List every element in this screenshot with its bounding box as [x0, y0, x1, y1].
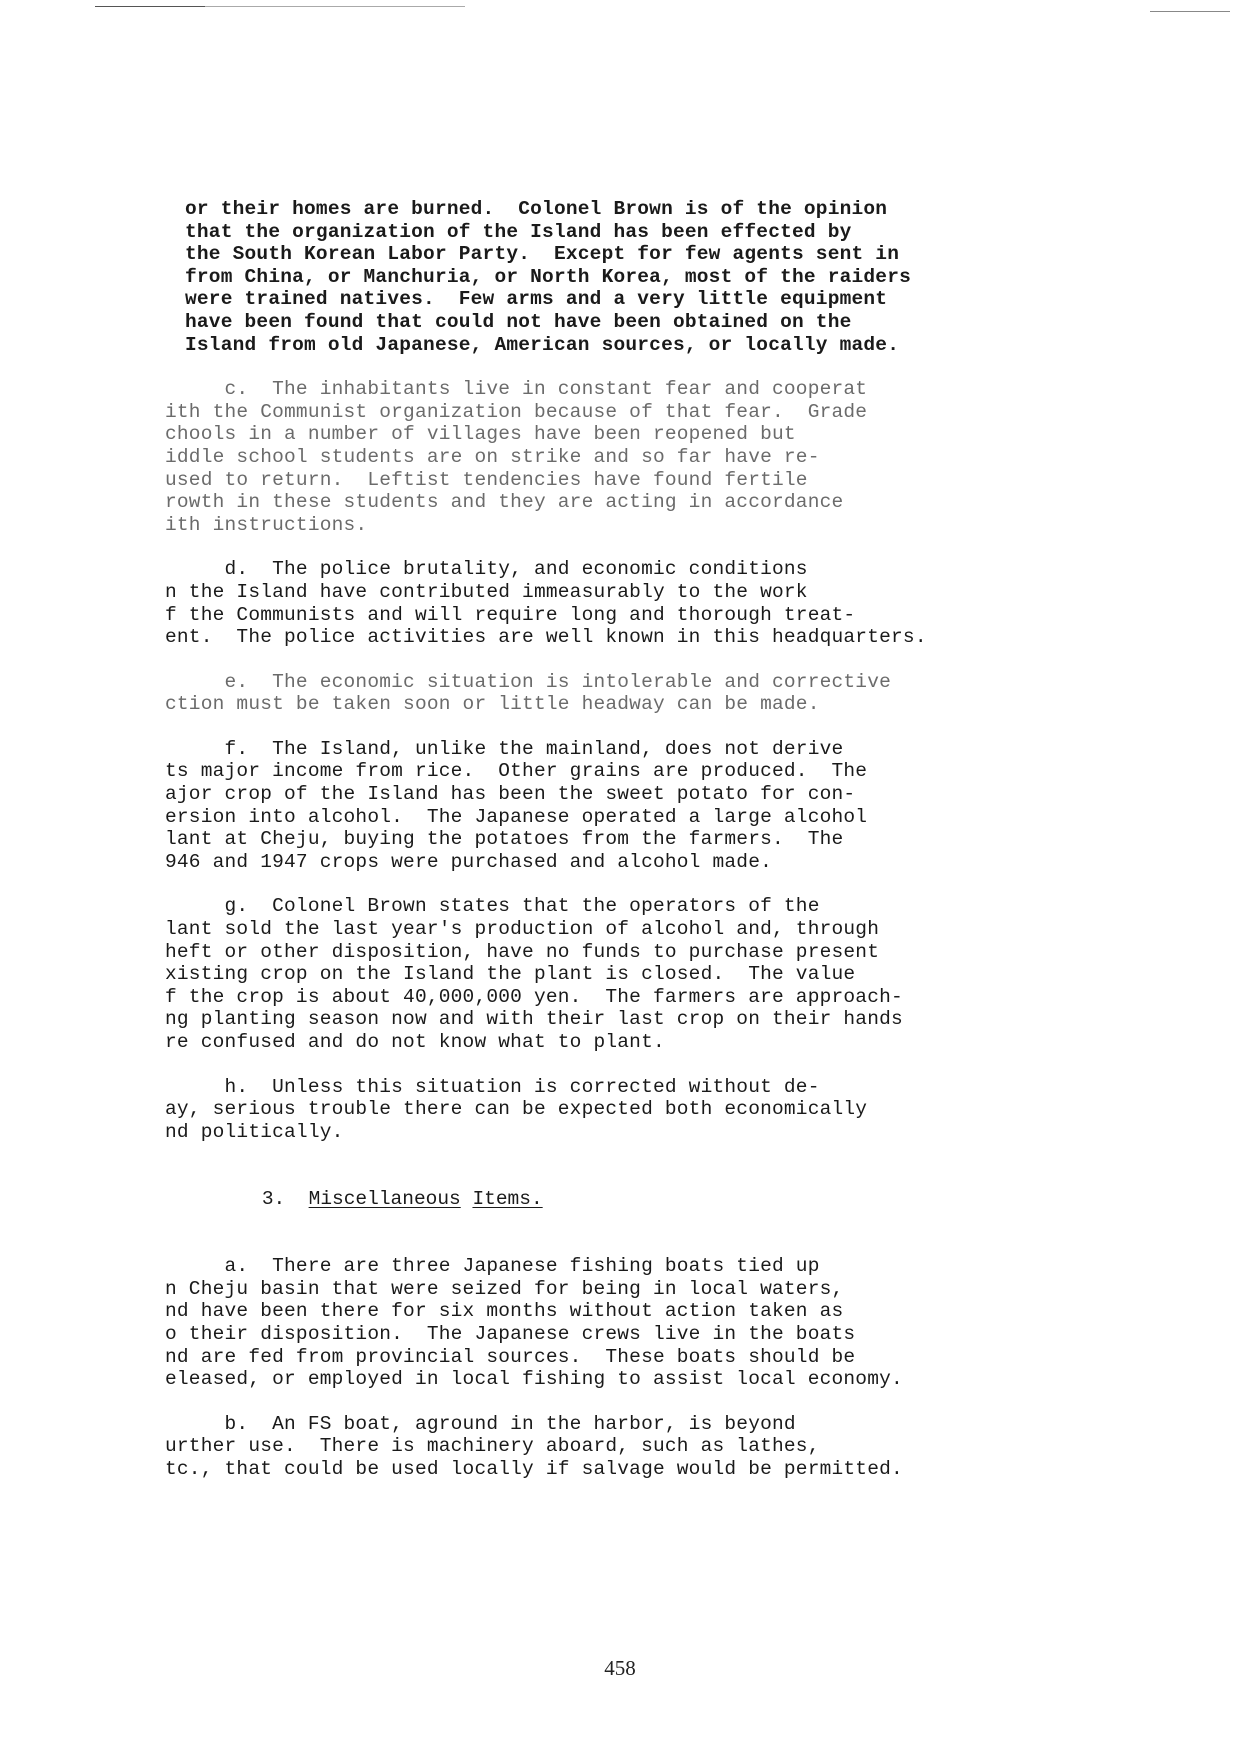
text-line: nd are fed from provincial sources. Thes… [165, 1346, 1125, 1369]
section-title-part1: Miscellaneous [309, 1188, 461, 1210]
text-line: g. Colonel Brown states that the operato… [165, 895, 1125, 918]
scan-artifact-top-right-rule [1150, 11, 1230, 12]
text-line: tc., that could be used locally if salva… [165, 1458, 1125, 1481]
scan-artifact-top-left-rule [95, 6, 205, 7]
section-heading: 3. Miscellaneous Items. [215, 1165, 1125, 1233]
text-line: eleased, or employed in local fishing to… [165, 1368, 1125, 1391]
paragraph-h: h. Unless this situation is corrected wi… [165, 1076, 1125, 1144]
document-body: or their homes are burned. Colonel Brown… [185, 198, 1125, 1503]
text-line: the South Korean Labor Party. Except for… [185, 243, 1125, 266]
text-line: ersion into alcohol. The Japanese operat… [165, 806, 1125, 829]
page-number: 458 [0, 1656, 1240, 1681]
text-line: 946 and 1947 crops were purchased and al… [165, 851, 1125, 874]
text-line: ay, serious trouble there can be expecte… [165, 1098, 1125, 1121]
text-line: xisting crop on the Island the plant is … [165, 963, 1125, 986]
text-line: from China, or Manchuria, or North Korea… [185, 266, 1125, 289]
text-line: f. The Island, unlike the mainland, does… [165, 738, 1125, 761]
scan-artifact-top-rule [205, 6, 465, 7]
text-line: chools in a number of villages have been… [165, 423, 1125, 446]
text-line: h. Unless this situation is corrected wi… [165, 1076, 1125, 1099]
text-line: d. The police brutality, and economic co… [165, 558, 1125, 581]
text-line: ith instructions. [165, 514, 1125, 537]
text-line: e. The economic situation is intolerable… [165, 671, 1125, 694]
paragraph-continuation: or their homes are burned. Colonel Brown… [185, 198, 1125, 356]
text-line: n the Island have contributed immeasurab… [165, 581, 1125, 604]
text-line: ng planting season now and with their la… [165, 1008, 1125, 1031]
text-line: heft or other disposition, have no funds… [165, 941, 1125, 964]
text-line: o their disposition. The Japanese crews … [165, 1323, 1125, 1346]
text-line: iddle school students are on strike and … [165, 446, 1125, 469]
paragraph-d: d. The police brutality, and economic co… [165, 558, 1125, 648]
text-line: ction must be taken soon or little headw… [165, 693, 1125, 716]
text-line: nd politically. [165, 1121, 1125, 1144]
text-line: b. An FS boat, aground in the harbor, is… [165, 1413, 1125, 1436]
text-line: f the crop is about 40,000,000 yen. The … [165, 986, 1125, 1009]
text-line: ent. The police activities are well know… [165, 626, 1125, 649]
text-line: ts major income from rice. Other grains … [165, 760, 1125, 783]
text-line: c. The inhabitants live in constant fear… [165, 378, 1125, 401]
text-line: were trained natives. Few arms and a ver… [185, 288, 1125, 311]
text-line: have been found that could not have been… [185, 311, 1125, 334]
text-line: urther use. There is machinery aboard, s… [165, 1435, 1125, 1458]
text-line: or their homes are burned. Colonel Brown… [185, 198, 1125, 221]
text-line: n Cheju basin that were seized for being… [165, 1278, 1125, 1301]
text-line: that the organization of the Island has … [185, 221, 1125, 244]
text-line: Island from old Japanese, American sourc… [185, 334, 1125, 357]
paragraph-misc-b: b. An FS boat, aground in the harbor, is… [165, 1413, 1125, 1481]
paragraph-e: e. The economic situation is intolerable… [165, 671, 1125, 716]
section-title-part2: Items. [472, 1188, 542, 1210]
text-line: nd have been there for six months withou… [165, 1300, 1125, 1323]
text-line: lant sold the last year's production of … [165, 918, 1125, 941]
paragraph-g: g. Colonel Brown states that the operato… [165, 895, 1125, 1053]
paragraph-misc-a: a. There are three Japanese fishing boat… [165, 1255, 1125, 1391]
text-line: ajor crop of the Island has been the swe… [165, 783, 1125, 806]
section-number: 3. [262, 1188, 285, 1210]
text-line: ith the Communist organization because o… [165, 401, 1125, 424]
text-line: re confused and do not know what to plan… [165, 1031, 1125, 1054]
text-line: a. There are three Japanese fishing boat… [165, 1255, 1125, 1278]
paragraph-f: f. The Island, unlike the mainland, does… [165, 738, 1125, 874]
text-line: lant at Cheju, buying the potatoes from … [165, 828, 1125, 851]
paragraph-c: c. The inhabitants live in constant fear… [165, 378, 1125, 536]
text-line: used to return. Leftist tendencies have … [165, 469, 1125, 492]
text-line: rowth in these students and they are act… [165, 491, 1125, 514]
text-line: f the Communists and will require long a… [165, 604, 1125, 627]
